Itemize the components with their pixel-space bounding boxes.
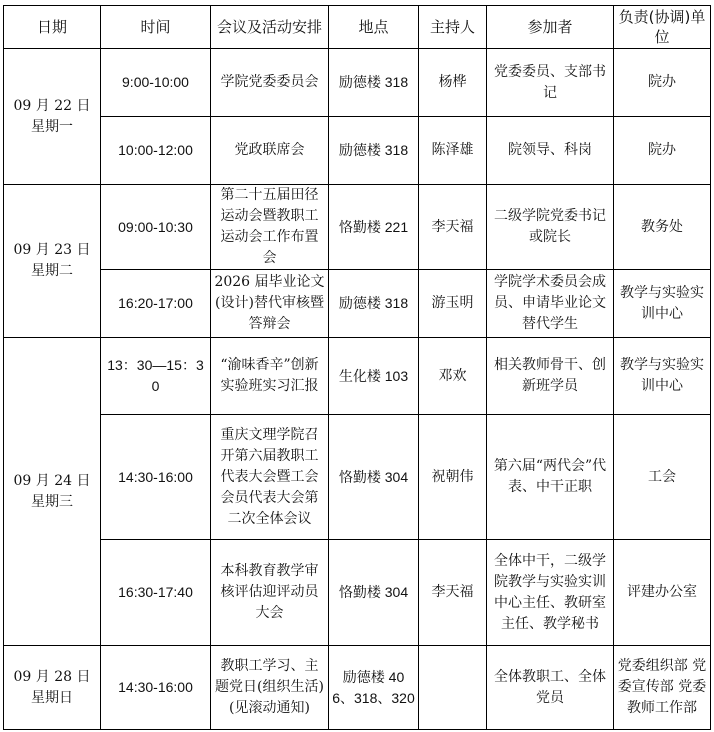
header-date: 日期 <box>4 6 101 49</box>
header-row: 日期 时间 会议及活动安排 地点 主持人 参加者 负责(协调)单位 <box>4 6 711 49</box>
responsible-cell: 教学与实验实训中心 <box>614 338 711 415</box>
table-row: 14:30-16:00 重庆文理学院召开第六届教职工代表大会暨工会会员代表大会第… <box>4 415 711 540</box>
activity-cell: 2026 届毕业论文(设计)替代审核暨答辩会 <box>211 270 329 338</box>
host-cell: 祝朝伟 <box>419 415 487 540</box>
table-row: 09 月 23 日 星期二 09:00-10:30 第二十五届田径运动会暨教职工… <box>4 185 711 270</box>
table-row: 09 月 24 日 星期三 13：30—15：30 “渝味香辛”创新实验班实习汇… <box>4 338 711 415</box>
responsible-cell: 教务处 <box>614 185 711 270</box>
date-label: 09 月 23 日 <box>7 240 97 261</box>
activity-cell: 教职工学习、主题党日(组织生活)(见滚动通知) <box>211 646 329 730</box>
header-activity: 会议及活动安排 <box>211 6 329 49</box>
date-cell: 09 月 23 日 星期二 <box>4 185 101 338</box>
activity-cell: 学院党委委员会 <box>211 49 329 117</box>
header-time: 时间 <box>101 6 211 49</box>
weekday-label: 星期三 <box>7 492 97 513</box>
participants-cell: 全体教职工、全体党员 <box>487 646 614 730</box>
location-cell: 恪勤楼 304 <box>329 415 419 540</box>
responsible-cell: 教学与实验实训中心 <box>614 270 711 338</box>
participants-cell: 全体中干，二级学院教学与实验实训中心主任、教研室主任、教学秘书 <box>487 540 614 646</box>
time-cell: 14:30-16:00 <box>101 646 211 730</box>
date-label: 09 月 28 日 <box>7 667 97 688</box>
activity-cell: 重庆文理学院召开第六届教职工代表大会暨工会会员代表大会第二次全体会议 <box>211 415 329 540</box>
location-cell: 生化楼 103 <box>329 338 419 415</box>
weekday-label: 星期一 <box>7 117 97 138</box>
location-cell: 恪勤楼 221 <box>329 185 419 270</box>
responsible-cell: 党委组织部 党委宣传部 党委教师工作部 <box>614 646 711 730</box>
schedule-table: 日期 时间 会议及活动安排 地点 主持人 参加者 负责(协调)单位 09 月 2… <box>3 5 711 730</box>
participants-cell: 院领导、科岗 <box>487 117 614 185</box>
location-cell: 恪勤楼 304 <box>329 540 419 646</box>
time-cell: 9:00-10:00 <box>101 49 211 117</box>
responsible-cell: 评建办公室 <box>614 540 711 646</box>
participants-cell: 二级学院党委书记或院长 <box>487 185 614 270</box>
host-cell: 游玉明 <box>419 270 487 338</box>
time-cell: 16:20-17:00 <box>101 270 211 338</box>
responsible-cell: 院办 <box>614 49 711 117</box>
responsible-cell: 工会 <box>614 415 711 540</box>
location-cell: 励德楼 318 <box>329 270 419 338</box>
host-cell <box>419 646 487 730</box>
participants-cell: 第六届“两代会”代表、中干正职 <box>487 415 614 540</box>
table-row: 09 月 28 日 星期日 14:30-16:00 教职工学习、主题党日(组织生… <box>4 646 711 730</box>
location-cell: 励德楼 318 <box>329 49 419 117</box>
date-label: 09 月 22 日 <box>7 96 97 117</box>
date-label: 09 月 24 日 <box>7 471 97 492</box>
time-cell: 16:30-17:40 <box>101 540 211 646</box>
weekday-label: 星期日 <box>7 688 97 709</box>
participants-cell: 相关教师骨干、创新班学员 <box>487 338 614 415</box>
header-host: 主持人 <box>419 6 487 49</box>
host-cell: 邓欢 <box>419 338 487 415</box>
time-cell: 13：30—15：30 <box>101 338 211 415</box>
activity-cell: 党政联席会 <box>211 117 329 185</box>
responsible-cell: 院办 <box>614 117 711 185</box>
table-row: 10:00-12:00 党政联席会 励德楼 318 陈泽雄 院领导、科岗 院办 <box>4 117 711 185</box>
host-cell: 陈泽雄 <box>419 117 487 185</box>
location-cell: 励德楼 318 <box>329 117 419 185</box>
activity-cell: 第二十五届田径运动会暨教职工运动会工作布置会 <box>211 185 329 270</box>
host-cell: 杨桦 <box>419 49 487 117</box>
time-cell: 14:30-16:00 <box>101 415 211 540</box>
activity-cell: 本科教育教学审核评估迎评动员大会 <box>211 540 329 646</box>
date-cell: 09 月 28 日 星期日 <box>4 646 101 730</box>
location-cell: 励德楼 406、318、320 <box>329 646 419 730</box>
table-row: 16:30-17:40 本科教育教学审核评估迎评动员大会 恪勤楼 304 李天福… <box>4 540 711 646</box>
activity-cell: “渝味香辛”创新实验班实习汇报 <box>211 338 329 415</box>
participants-cell: 党委委员、支部书记 <box>487 49 614 117</box>
date-cell: 09 月 24 日 星期三 <box>4 338 101 646</box>
time-cell: 10:00-12:00 <box>101 117 211 185</box>
weekday-label: 星期二 <box>7 261 97 282</box>
host-cell: 李天福 <box>419 540 487 646</box>
participants-cell: 学院学术委员会成员、申请毕业论文替代学生 <box>487 270 614 338</box>
header-responsible: 负责(协调)单位 <box>614 6 711 49</box>
header-participants: 参加者 <box>487 6 614 49</box>
table-row: 16:20-17:00 2026 届毕业论文(设计)替代审核暨答辩会 励德楼 3… <box>4 270 711 338</box>
header-location: 地点 <box>329 6 419 49</box>
table-row: 09 月 22 日 星期一 9:00-10:00 学院党委委员会 励德楼 318… <box>4 49 711 117</box>
date-cell: 09 月 22 日 星期一 <box>4 49 101 185</box>
host-cell: 李天福 <box>419 185 487 270</box>
time-cell: 09:00-10:30 <box>101 185 211 270</box>
